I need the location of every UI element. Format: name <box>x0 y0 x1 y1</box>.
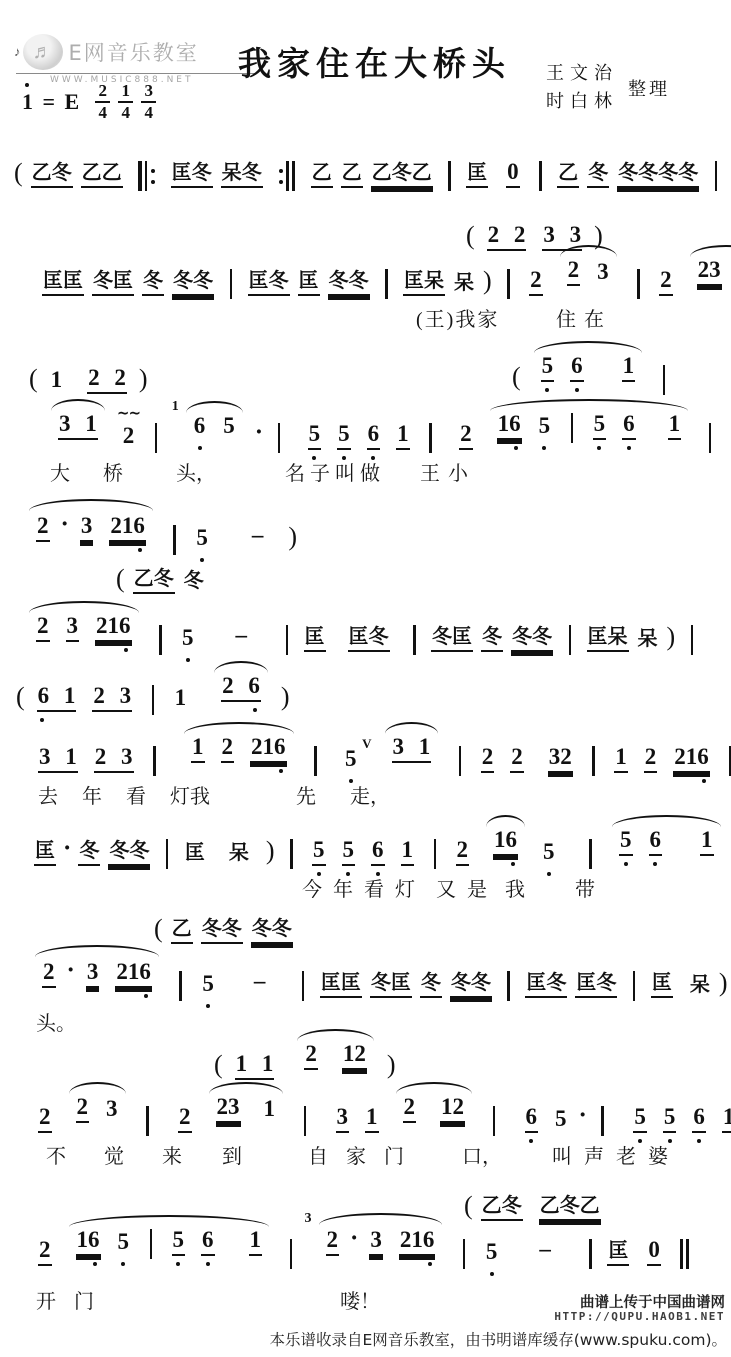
barline <box>428 423 434 453</box>
note-cell: · <box>62 836 72 876</box>
barline <box>447 161 453 191</box>
note-cell: ( <box>115 566 126 604</box>
note-cell: ) <box>138 366 149 404</box>
note-cell: 3 <box>369 1228 383 1266</box>
note-cell: 216 <box>399 1228 436 1266</box>
note-cell: 2 <box>38 1105 52 1143</box>
barline <box>172 525 178 555</box>
note-cell: 5 <box>619 828 633 866</box>
note-cell: ( <box>28 366 39 404</box>
note-cell: 5 <box>308 422 322 460</box>
note-cell: 1 <box>174 686 188 722</box>
note-cell: 冬匡 <box>431 626 473 662</box>
lyric-text: (王)我家 <box>416 303 499 332</box>
grace-note: 1 <box>172 399 179 415</box>
note-cell: 2 2 <box>487 223 527 261</box>
lyric-text: 头， <box>176 457 216 486</box>
barline <box>661 365 667 395</box>
note-cell: 乙 <box>341 162 363 198</box>
key-label: 1 = E <box>22 89 81 115</box>
note-cell: 2 <box>76 1095 90 1133</box>
note-cell: 2 <box>403 1095 417 1133</box>
source-caption: 本乐谱收录自E网音乐教室，由书明谱库缓存(www.spuku.com)。 <box>269 1328 727 1350</box>
notation-line: 匡·冬冬冬匡呆)55612165561 <box>30 830 731 876</box>
note-cell: ) <box>718 970 729 1008</box>
song-title: 我家住在大桥头 <box>238 38 511 85</box>
notation-line: 2·32165–) <box>20 516 301 562</box>
notation-line: 2·32165–匡匡冬匡冬冬冬匡冬匡冬匡呆) <box>26 962 731 1008</box>
barline <box>491 1106 497 1136</box>
note-cell: 5 <box>542 840 556 876</box>
note-cell: 5 <box>172 1228 186 1266</box>
note-cell: 2 <box>459 422 473 460</box>
note-cell: 6 <box>622 412 636 450</box>
note-cell: 匡冬 <box>348 626 390 662</box>
note-cell: 2 <box>510 745 524 783</box>
note-cell: 0 <box>506 160 520 198</box>
note-cell: 匡 <box>34 840 56 876</box>
note-cell: 2 <box>326 1228 340 1266</box>
note-cell: – <box>538 1237 552 1276</box>
note-cell: 23216 <box>28 614 140 662</box>
note-cell: 冬 <box>481 626 503 662</box>
note-cell: 1 <box>263 1097 277 1133</box>
note-cell: 2 3 <box>94 745 134 783</box>
note-cell: 2 6 <box>213 674 269 722</box>
note-cell: 匡呆 <box>403 270 445 306</box>
note-cell: 冬冬 <box>108 840 150 876</box>
note-cell: 匡 <box>651 972 673 1008</box>
lyric-text: 不 <box>46 1140 66 1169</box>
note-cell: 冬 <box>78 840 100 876</box>
barline <box>713 161 719 191</box>
lyric-text: 开门 <box>36 1285 112 1314</box>
note-cell: ) <box>386 1052 397 1090</box>
note-cell: 3 1 <box>392 735 432 773</box>
lyric-text: 喽！ <box>340 1285 380 1314</box>
note-cell: 匡 <box>184 842 206 876</box>
note-cell: 1 <box>401 838 415 876</box>
note-cell: 2 3 <box>92 684 132 722</box>
notation-line: (乙冬冬冬冬 <box>150 908 297 954</box>
note-cell: 165561 <box>489 412 690 460</box>
note-cell: 165561 <box>68 1228 271 1276</box>
note-cell: 32 <box>548 745 573 783</box>
note-cell: 5 <box>633 1105 647 1143</box>
note-cell: 匡匡 <box>42 270 84 306</box>
note-cell: ( <box>15 684 26 722</box>
lyric-text: 王小 <box>420 457 476 486</box>
note-cell: V5 <box>344 747 358 783</box>
note-cell: 冬冬 <box>251 918 293 954</box>
note-cell: 12 <box>342 1042 367 1080</box>
note-cell: 冬冬 <box>511 626 553 662</box>
lyric-text: 到 <box>222 1140 242 1169</box>
barline <box>631 971 637 1001</box>
note-cell: 1 <box>365 1105 379 1143</box>
note-cell: 5 <box>538 414 552 450</box>
credit-role: 整理 <box>628 75 670 101</box>
barline <box>313 746 319 776</box>
barline <box>150 685 156 715</box>
note-cell: 5 <box>663 1105 677 1143</box>
lyric-text: 又是 <box>436 873 498 902</box>
note-cell: 乙 <box>311 162 333 198</box>
note-cell: – <box>253 969 267 1008</box>
barline <box>569 413 575 443</box>
notation-line: (乙冬冬 <box>112 558 209 604</box>
note-cell: 呆 <box>228 842 250 876</box>
note-cell: 6 1 <box>37 684 77 722</box>
note-cell: 3 <box>596 260 610 296</box>
note-cell: 2 <box>659 268 673 306</box>
note-cell: – <box>235 623 249 662</box>
lyric-text: 头。 <box>36 1007 76 1036</box>
note-cell: 561 <box>533 354 644 402</box>
note-cell: 231 <box>689 258 731 306</box>
note-cell: 1 <box>396 422 410 460</box>
note-cell: 6 <box>371 838 385 876</box>
barline <box>300 971 306 1001</box>
note-cell: ) <box>265 838 276 876</box>
barline <box>567 625 573 655</box>
sheet-music-page: ♪ ♬ E网音乐教室 WWW.MUSIC888.NET 1 = E 24 14 … <box>0 0 731 1357</box>
repeat-end-barline <box>277 161 297 191</box>
final-barline <box>679 1239 691 1269</box>
note-cell: · <box>578 1103 588 1143</box>
note-cell: ) <box>482 268 493 306</box>
note-cell: 216 <box>115 960 152 998</box>
note-cell: 6 <box>649 828 663 866</box>
note-cell: 2 2 <box>87 366 127 404</box>
note-cell: 16 <box>76 1228 101 1266</box>
note-cell: 5 <box>181 626 195 662</box>
barline <box>158 625 164 655</box>
site-name: E网音乐教室 <box>69 37 199 67</box>
barline <box>228 269 234 299</box>
note-cell: 乙 <box>557 162 579 198</box>
note-cell: · <box>349 1226 359 1266</box>
lyric-text: 我 <box>190 780 210 809</box>
repeat-begin-barline <box>137 161 157 191</box>
barline <box>588 1239 594 1269</box>
note-cell: 冬冬冬冬 <box>617 162 699 198</box>
logo-divider <box>16 73 256 74</box>
lyric-text: 今年看灯 <box>302 873 426 902</box>
note-cell: 3 1 <box>384 735 440 783</box>
notation-line: 3 12 312216V53 1223212216 <box>30 737 731 783</box>
note-cell: 6 <box>525 1105 539 1143</box>
time-signature: 14 <box>118 82 133 122</box>
note-cell: 匡 <box>466 162 488 198</box>
note-cell: 2·3216 <box>34 958 160 1008</box>
lyric-text: 来 <box>162 1140 182 1169</box>
note-cell: 5 <box>342 838 356 876</box>
note-cell: 3 1 <box>38 745 78 783</box>
note-cell: 匡冬 <box>525 972 567 1008</box>
note-cell: 23 <box>68 1095 127 1143</box>
note-cell: 冬 <box>142 270 164 306</box>
note-cell: ) <box>666 624 677 662</box>
note-cell: 冬 <box>420 972 442 1008</box>
note-cell: 2·3216 <box>28 512 154 562</box>
note-cell: 2 <box>38 1238 52 1276</box>
note-cell: 1 <box>700 828 714 866</box>
grace-note: 3 <box>305 1211 312 1227</box>
notation-line: 22322313121265·5561 <box>30 1097 731 1143</box>
note-cell: 1 <box>622 354 636 392</box>
note-cell: 216 <box>109 514 146 552</box>
note-cell: 5 <box>195 526 209 562</box>
note-cell: 2 <box>36 514 50 552</box>
barline <box>412 625 418 655</box>
note-cell: 冬冬 <box>201 918 243 954</box>
barline <box>289 839 295 869</box>
note-cell: 3 <box>336 1105 350 1143</box>
note-cell: 6 <box>570 354 584 392</box>
notation-line: (561 <box>508 356 677 402</box>
barline <box>148 1229 154 1259</box>
note-cell: 呆冬 <box>221 162 263 198</box>
note-cell: – <box>251 523 265 562</box>
note-cell: 5 <box>485 1240 499 1276</box>
note-cell: 5 <box>593 412 607 450</box>
note-cell: 乙冬 <box>481 1195 523 1231</box>
note-cell: 16 <box>485 828 526 876</box>
note-cell: 3 1 <box>50 412 106 460</box>
note-cell: ( <box>153 916 164 954</box>
note-cell: 1 <box>668 412 682 450</box>
note-cell: 1 <box>722 1105 731 1143</box>
arranger-name-1: 王文治 <box>546 60 618 88</box>
note-cell: 2 <box>36 614 50 652</box>
note-cell: ( <box>511 364 522 402</box>
note-cell: 呆 <box>453 272 475 306</box>
note-cell: 5 <box>554 1107 568 1143</box>
note-cell: 匡冬 <box>575 972 617 1008</box>
barline <box>384 269 390 299</box>
barline <box>636 269 642 299</box>
barline <box>284 625 290 655</box>
note-cell: 16 <box>493 828 518 866</box>
note-cell: 乙乙 <box>81 162 123 198</box>
lyric-text: 口， <box>462 1140 502 1169</box>
mordent-ornament-icon: ~~ <box>117 404 140 422</box>
note-cell: 3 <box>105 1097 119 1133</box>
note-cell: 匡呆 <box>587 626 629 662</box>
note-cell: 乙冬 <box>31 162 73 198</box>
note-cell: 2 6 <box>221 674 261 712</box>
note-cell: 冬冬 <box>328 270 370 306</box>
small-note-icon: ♪ <box>14 44 21 60</box>
note-cell: 5 <box>312 838 326 876</box>
lyric-text: 名子叫做 <box>285 457 385 486</box>
note-cell: 216 <box>673 745 710 783</box>
notation-line: 3 1~~2165·55612165561 <box>42 414 723 460</box>
lyric-text: 走， <box>350 780 390 809</box>
lyric-text: 去年看灯 <box>38 780 214 809</box>
note-cell: 6 <box>201 1228 215 1266</box>
notation-line: (乙冬乙乙匡冬呆冬乙乙乙冬乙匡0乙冬冬冬冬冬 <box>10 152 729 198</box>
note-cell: 2 <box>481 745 495 783</box>
barline <box>600 1106 606 1136</box>
note-cell: ~~2 <box>122 424 136 460</box>
barline <box>506 269 512 299</box>
note-cell: 12216 <box>183 735 295 783</box>
barline <box>689 625 695 655</box>
note-cell: 5 <box>117 1230 131 1266</box>
note-cell: 2 <box>529 268 543 306</box>
note-cell: 乙冬乙 <box>371 162 433 198</box>
note-cell: 2 <box>456 838 470 876</box>
note-cell: 匡匡 <box>320 972 362 1008</box>
barline <box>178 971 184 1001</box>
note-cell: 乙冬 <box>133 568 175 604</box>
note-cell: 23 <box>216 1095 241 1133</box>
note-cell: 冬匡 <box>370 972 412 1008</box>
note-cell: 23 <box>559 258 618 306</box>
notation-line: (6 12 312 6) <box>12 676 294 722</box>
note-cell: 231 <box>208 1095 285 1143</box>
barline <box>538 161 544 191</box>
note-cell: 5 <box>541 354 555 392</box>
barline <box>457 746 463 776</box>
barline <box>288 1239 294 1269</box>
note-cell: 2 <box>42 960 56 998</box>
note-cell: 2 <box>644 745 658 783</box>
lyric-text: 住在 <box>556 303 612 332</box>
note-cell: ( <box>465 223 476 261</box>
lyric-text: 大 <box>50 457 70 486</box>
note-cell: 乙冬乙 <box>539 1195 601 1231</box>
note-cell: 呆 <box>689 974 711 1008</box>
note-cell: 561 <box>611 828 722 876</box>
note-cell: 1 <box>614 745 628 783</box>
music-note-logo-icon: ♬ <box>23 34 63 70</box>
note-cell: · <box>60 512 70 552</box>
note-cell: 冬匡 <box>92 270 134 306</box>
note-cell: 冬 <box>183 570 205 604</box>
arranger-name-2: 时白林 <box>546 88 618 116</box>
note-cell: 3 1 <box>58 412 98 450</box>
time-signatures: 24 14 34 <box>91 82 160 122</box>
note-cell: 2 <box>304 1042 318 1080</box>
lyric-text: 叫声老婆 <box>552 1140 680 1169</box>
note-cell: 1 <box>191 735 205 773</box>
barline <box>164 839 170 869</box>
note-cell: · <box>66 958 76 998</box>
note-cell: 6 <box>367 422 381 460</box>
note-cell: 冬冬 <box>450 972 492 1008</box>
barline <box>707 423 713 453</box>
note-cell: 2 <box>178 1105 192 1143</box>
barline <box>276 423 282 453</box>
notation-line: (12 2) <box>25 358 152 404</box>
lyric-text: 先 <box>296 780 316 809</box>
note-cell: ( <box>13 160 24 198</box>
note-cell: 6 <box>692 1105 706 1143</box>
note-cell: 匡 <box>304 626 326 662</box>
note-cell: 5 <box>337 422 351 460</box>
notation-line: 232165–匡匡冬冬匡冬冬冬匡呆呆) <box>20 616 705 662</box>
note-cell: 165 <box>185 414 244 460</box>
note-cell: 0 <box>647 1238 661 1276</box>
note-cell: 6 <box>193 414 207 450</box>
note-cell: ( <box>463 1193 474 1231</box>
barline <box>591 746 597 776</box>
note-cell: 匡冬 <box>171 162 213 198</box>
note-cell: 2 <box>221 735 235 773</box>
upload-site-stamp: 曲谱上传于中国曲谱网 <box>580 1291 725 1312</box>
note-cell: ) <box>287 524 298 562</box>
note-cell: 216 <box>250 735 287 773</box>
key-signature: 1 = E 24 14 34 <box>22 82 160 122</box>
note-cell: 12 <box>440 1095 465 1133</box>
note-cell: 23 <box>697 258 722 296</box>
barline <box>588 839 594 869</box>
lyric-text: 桥 <box>103 457 123 486</box>
credits: 王文治 时白林 整理 <box>546 60 670 116</box>
note-cell: 5 <box>201 972 215 1008</box>
notation-line: 匡匡冬匡冬冬冬匡冬匡冬冬匡呆呆)2232231 <box>38 260 731 306</box>
note-cell: 32·3216 <box>318 1226 444 1276</box>
note-cell: 3 <box>66 614 80 652</box>
note-cell: 5 <box>222 414 236 450</box>
note-cell: 冬 <box>587 162 609 198</box>
barline <box>461 1239 467 1269</box>
note-cell: 匡冬 <box>248 270 290 306</box>
lyric-text: 带 <box>575 873 595 902</box>
note-cell: 乙 <box>171 918 193 954</box>
note-cell: 呆 <box>637 628 659 662</box>
note-cell: 1 <box>50 368 64 404</box>
note-cell: 冬冬 <box>172 270 214 306</box>
note-cell: ) <box>280 684 291 722</box>
note-cell: 3 <box>80 514 94 552</box>
notation-line: 216556132·32165–匡0 <box>30 1230 701 1276</box>
note-cell: 1 <box>249 1228 263 1266</box>
note-cell: · <box>254 420 264 460</box>
upload-url-stamp: HTTP://QUPU.HAOB1.NET <box>554 1310 725 1323</box>
time-signature: 34 <box>141 82 156 122</box>
note-cell: 匡 <box>298 270 320 306</box>
notation-line: (乙冬乙冬乙 <box>460 1185 605 1231</box>
barline <box>152 746 158 776</box>
barline <box>506 971 512 1001</box>
site-logo: ♪ ♬ E网音乐教室 WWW.MUSIC888.NET <box>14 34 264 85</box>
note-cell: 216 <box>95 614 132 652</box>
lyric-text: 觉 <box>104 1140 124 1169</box>
barline <box>302 1106 308 1136</box>
breath-mark-icon: V <box>362 736 371 752</box>
barline <box>153 423 159 453</box>
barline <box>432 839 438 869</box>
barline <box>145 1106 151 1136</box>
lyric-text: 我 <box>505 873 525 902</box>
note-cell: 2 <box>567 258 581 296</box>
note-cell: 212 <box>296 1042 375 1090</box>
lyric-text: 自家门 <box>308 1140 422 1169</box>
octave-dot <box>25 83 29 87</box>
note-cell: 匡 <box>607 1240 629 1276</box>
note-cell: 212 <box>395 1095 474 1143</box>
time-signature: 24 <box>95 82 110 122</box>
note-cell: 16 <box>497 412 522 450</box>
note-cell: 3 <box>86 960 100 998</box>
